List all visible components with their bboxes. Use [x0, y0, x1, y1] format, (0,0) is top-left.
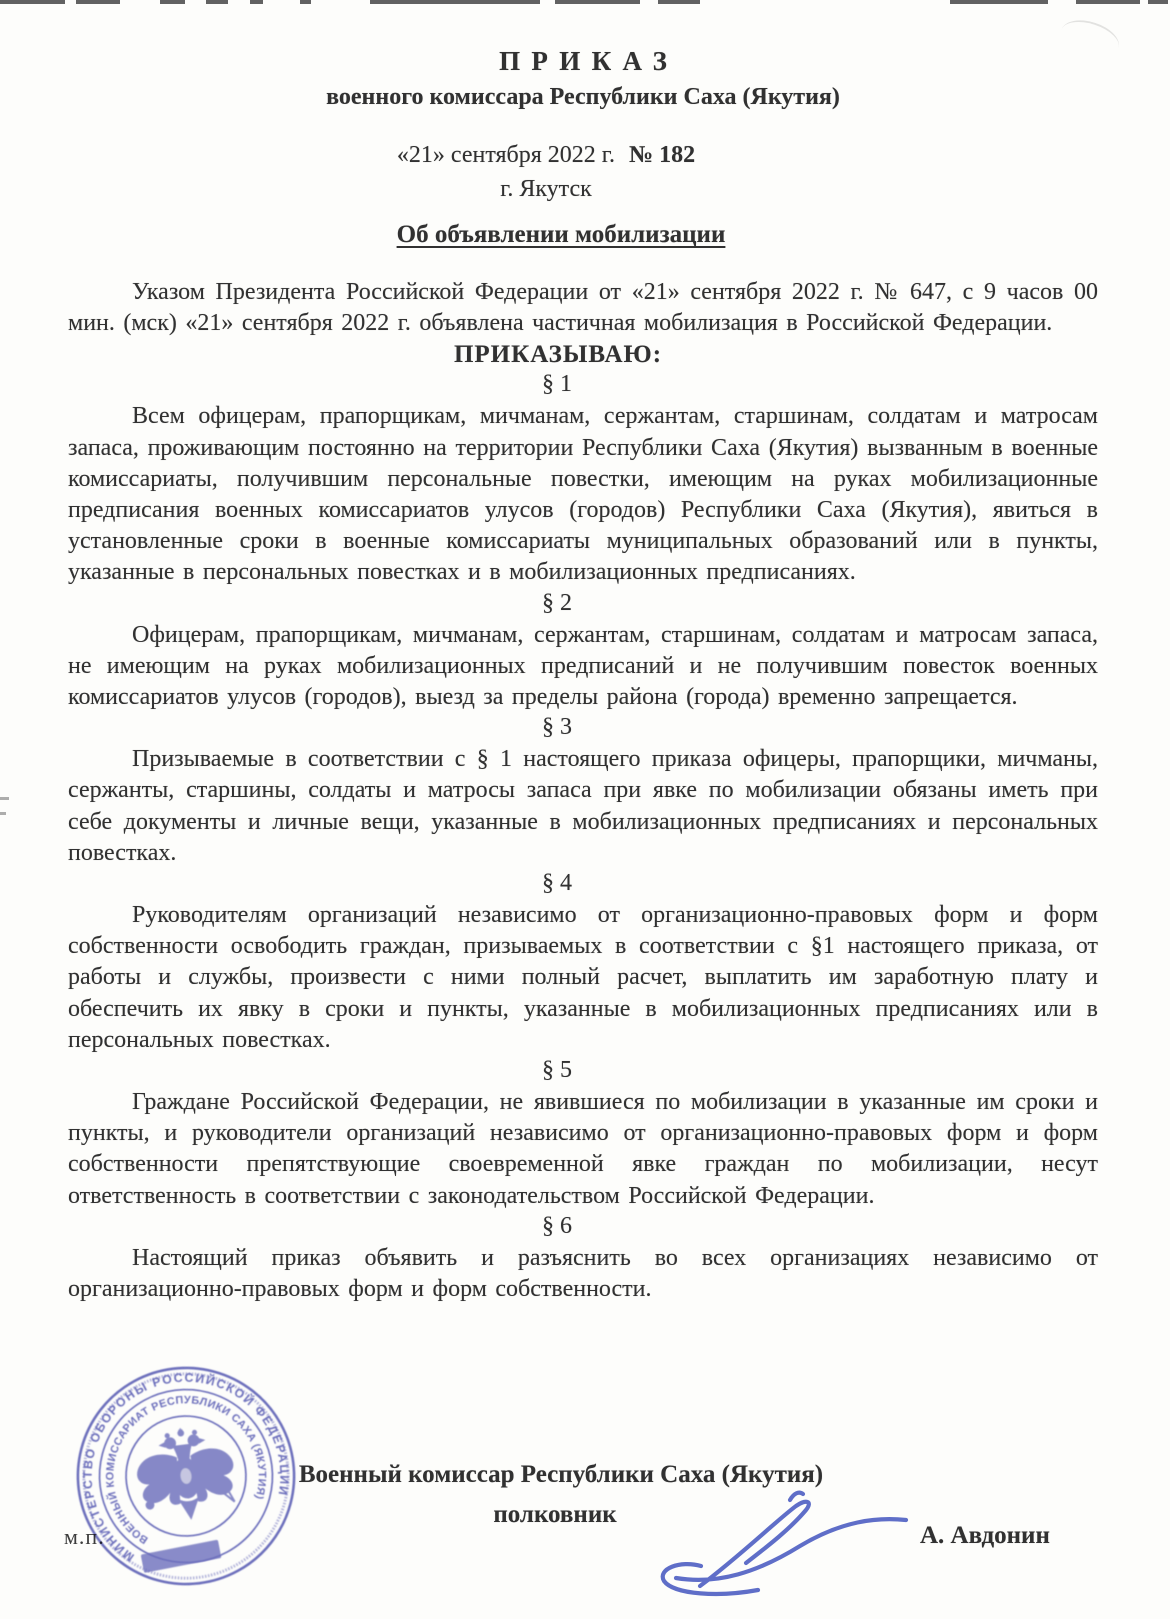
- section-mark: § 2: [42, 589, 1072, 618]
- document-date: «21» сентября 2022 г.: [397, 142, 615, 168]
- section-paragraph: Граждане Российской Федерации, не явивши…: [68, 1087, 1098, 1212]
- double-headed-eagle-icon: [132, 1422, 239, 1525]
- section-paragraph: Настоящий приказ объявить и разъяснить в…: [68, 1243, 1098, 1305]
- order-document: ПРИКАЗ военного комиссара Республики Сах…: [68, 0, 1098, 1305]
- section-mark: § 4: [42, 869, 1072, 898]
- document-title: ПРИКАЗ: [68, 46, 1098, 76]
- stamp-number-band: [141, 1540, 222, 1573]
- section-mark: § 3: [42, 713, 1072, 742]
- section-paragraph: Руководителям организаций независимо от …: [68, 900, 1098, 1056]
- document-number: № 182: [629, 142, 695, 168]
- section-mark: § 6: [42, 1212, 1072, 1241]
- document-subject: Об объявлении мобилизации: [46, 219, 1076, 251]
- section-paragraph: Всем офицерам, прапорщикам, мичманам, се…: [68, 401, 1098, 588]
- official-stamp: МИНИСТЕРСТВО ОБОРОНЫ РОССИЙСКОЙ ФЕДЕРАЦИ…: [60, 1350, 312, 1602]
- scan-artifact: [0, 812, 6, 815]
- section-paragraph: Офицерам, прапорщикам, мичманам, сержант…: [68, 620, 1098, 714]
- date-number-line: «21» сентября 2022 г.№ 182: [31, 140, 1061, 170]
- scanned-order-page: ПРИКАЗ военного комиссара Республики Сах…: [0, 0, 1170, 1619]
- signature-name: А. Авдонин: [920, 1521, 1050, 1551]
- scan-artifact: [0, 797, 9, 800]
- preamble-paragraph: Указом Президента Российской Федерации о…: [68, 277, 1098, 339]
- section-mark: § 1: [42, 370, 1072, 399]
- section-paragraph: Призываемые в соответствии с § 1 настоящ…: [68, 744, 1098, 869]
- document-city: г. Якутск: [31, 174, 1061, 204]
- document-issuer: военного комиссара Республики Саха (Якут…: [68, 82, 1098, 112]
- section-mark: § 5: [42, 1056, 1072, 1085]
- order-word: ПРИКАЗЫВАЮ:: [43, 339, 1073, 370]
